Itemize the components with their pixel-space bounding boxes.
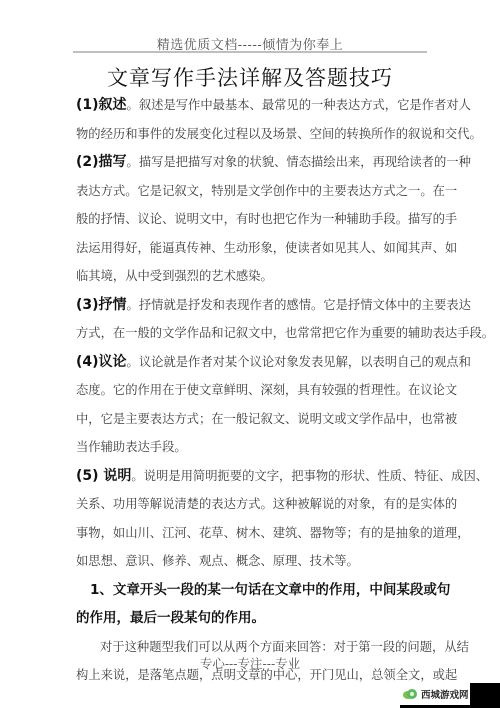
section-text: 。描写是把描写对象的状貌、情态描绘出来，再现给读者的一种 xyxy=(127,155,471,169)
page-footer: 专心---专注---专业 xyxy=(0,654,500,672)
section-narration: (1)叙述。叙述是写作中最基本、最常见的一种表达方式，它是作者对人 物的经历和事… xyxy=(76,91,428,148)
section-term: (4)议论 xyxy=(76,354,127,370)
text-line: (2)描写。描写是把描写对象的状貌、情态描绘出来，再现给读者的一种 xyxy=(76,148,428,177)
text-line: 事物，如山川、江河、花草、树木、建筑、器物等；有的是抽象的道理， xyxy=(76,519,428,548)
section-term: (1)叙述 xyxy=(76,97,127,113)
section-text: 。叙述是写作中最基本、最常见的一种表达方式，它是作者对人 xyxy=(127,98,471,112)
document-page: 精选优质文档-----倾情为你奉上 文章写作手法详解及答题技巧 (1)叙述。叙述… xyxy=(0,0,500,708)
text-line: 般的抒情、议论、说明文中，有时也把它作为一种辅助手段。描写的手 xyxy=(76,205,428,234)
document-body: (1)叙述。叙述是写作中最基本、最常见的一种表达方式，它是作者对人 物的经历和事… xyxy=(76,91,428,690)
text-line: (1)叙述。叙述是写作中最基本、最常见的一种表达方式，它是作者对人 xyxy=(76,91,428,120)
section-text: 。抒情就是抒发和表现作者的感情。它是抒情文体中的主要表达 xyxy=(127,298,471,312)
text-line: 表达方式。它是记叙文，特别是文学创作中的主要表达方式之一。在一 xyxy=(76,177,428,206)
document-title: 文章写作手法详解及答题技巧 xyxy=(0,62,500,92)
section-term: (2)描写 xyxy=(76,154,127,170)
text-line: 临其境，从中受到强烈的艺术感染。 xyxy=(76,262,428,291)
text-line: 中，它是主要表达方式；在一般记叙文、说明文或文学作品中，也常被 xyxy=(76,405,428,434)
text-line: 方式，在一般的文学作品和记叙文中，也常常把它作为重要的辅助表达手段。 xyxy=(76,319,428,348)
site-watermark: 西城游戏网 xyxy=(400,683,470,705)
section-exposition: (5) 说明。说明是用简明扼要的文字，把事物的形状、性质、特征、成因、 关系、功… xyxy=(76,462,428,576)
section-text: 。议论就是作者对某个议论对象发表见解，以表明自己的观点和 xyxy=(127,355,471,369)
section-text: 。说明是用简明扼要的文字，把事物的形状、性质、特征、成因、 xyxy=(131,469,488,483)
section-description: (2)描写。描写是把描写对象的状貌、情态描绘出来，再现给读者的一种 表达方式。它… xyxy=(76,148,428,291)
text-line: (3)抒情。抒情就是抒发和表现作者的感情。它是抒情文体中的主要表达 xyxy=(76,291,428,320)
question-line: 的作用，最后一段某句的作用。 xyxy=(76,604,428,633)
header-divider xyxy=(73,51,427,53)
text-line: 当作辅助表达手段。 xyxy=(76,433,428,462)
text-line: 物的经历和事件的发展变化过程以及场景、空间的转换所作的叙说和交代。 xyxy=(76,120,428,149)
text-line: (4)议论。议论就是作者对某个议论对象发表见解，以表明自己的观点和 xyxy=(76,348,428,377)
question-line: 1、文章开头一段的某一句话在文章中的作用，中间某段或句 xyxy=(76,576,428,605)
text-line: 如思想、意识、修养、观点、概念、原理、技术等。 xyxy=(76,547,428,576)
text-line: (5) 说明。说明是用简明扼要的文字，把事物的形状、性质、特征、成因、 xyxy=(76,462,428,491)
text-line: 法运用得好，能逼真传神、生动形象，使读者如见其人、如闻其声、如 xyxy=(76,234,428,263)
section-term: (3)抒情 xyxy=(76,297,127,313)
leaf-logo-icon xyxy=(403,688,418,701)
section-term: (5) 说明 xyxy=(76,468,131,484)
watermark-text: 西城游戏网 xyxy=(421,687,469,701)
section-argumentation: (4)议论。议论就是作者对某个议论对象发表见解，以表明自己的观点和 态度。它的作… xyxy=(76,348,428,462)
section-lyricism: (3)抒情。抒情就是抒发和表现作者的感情。它是抒情文体中的主要表达 方式，在一般… xyxy=(76,291,428,348)
text-line: 关系、功用等解说清楚的表达方式。这种被解说的对象，有的是实体的 xyxy=(76,490,428,519)
question-heading: 1、文章开头一段的某一句话在文章中的作用，中间某段或句 的作用，最后一段某句的作… xyxy=(76,576,428,633)
text-line: 态度。它的作用在于使文章鲜明、深刻，具有较强的哲理性。在议论文 xyxy=(76,376,428,405)
